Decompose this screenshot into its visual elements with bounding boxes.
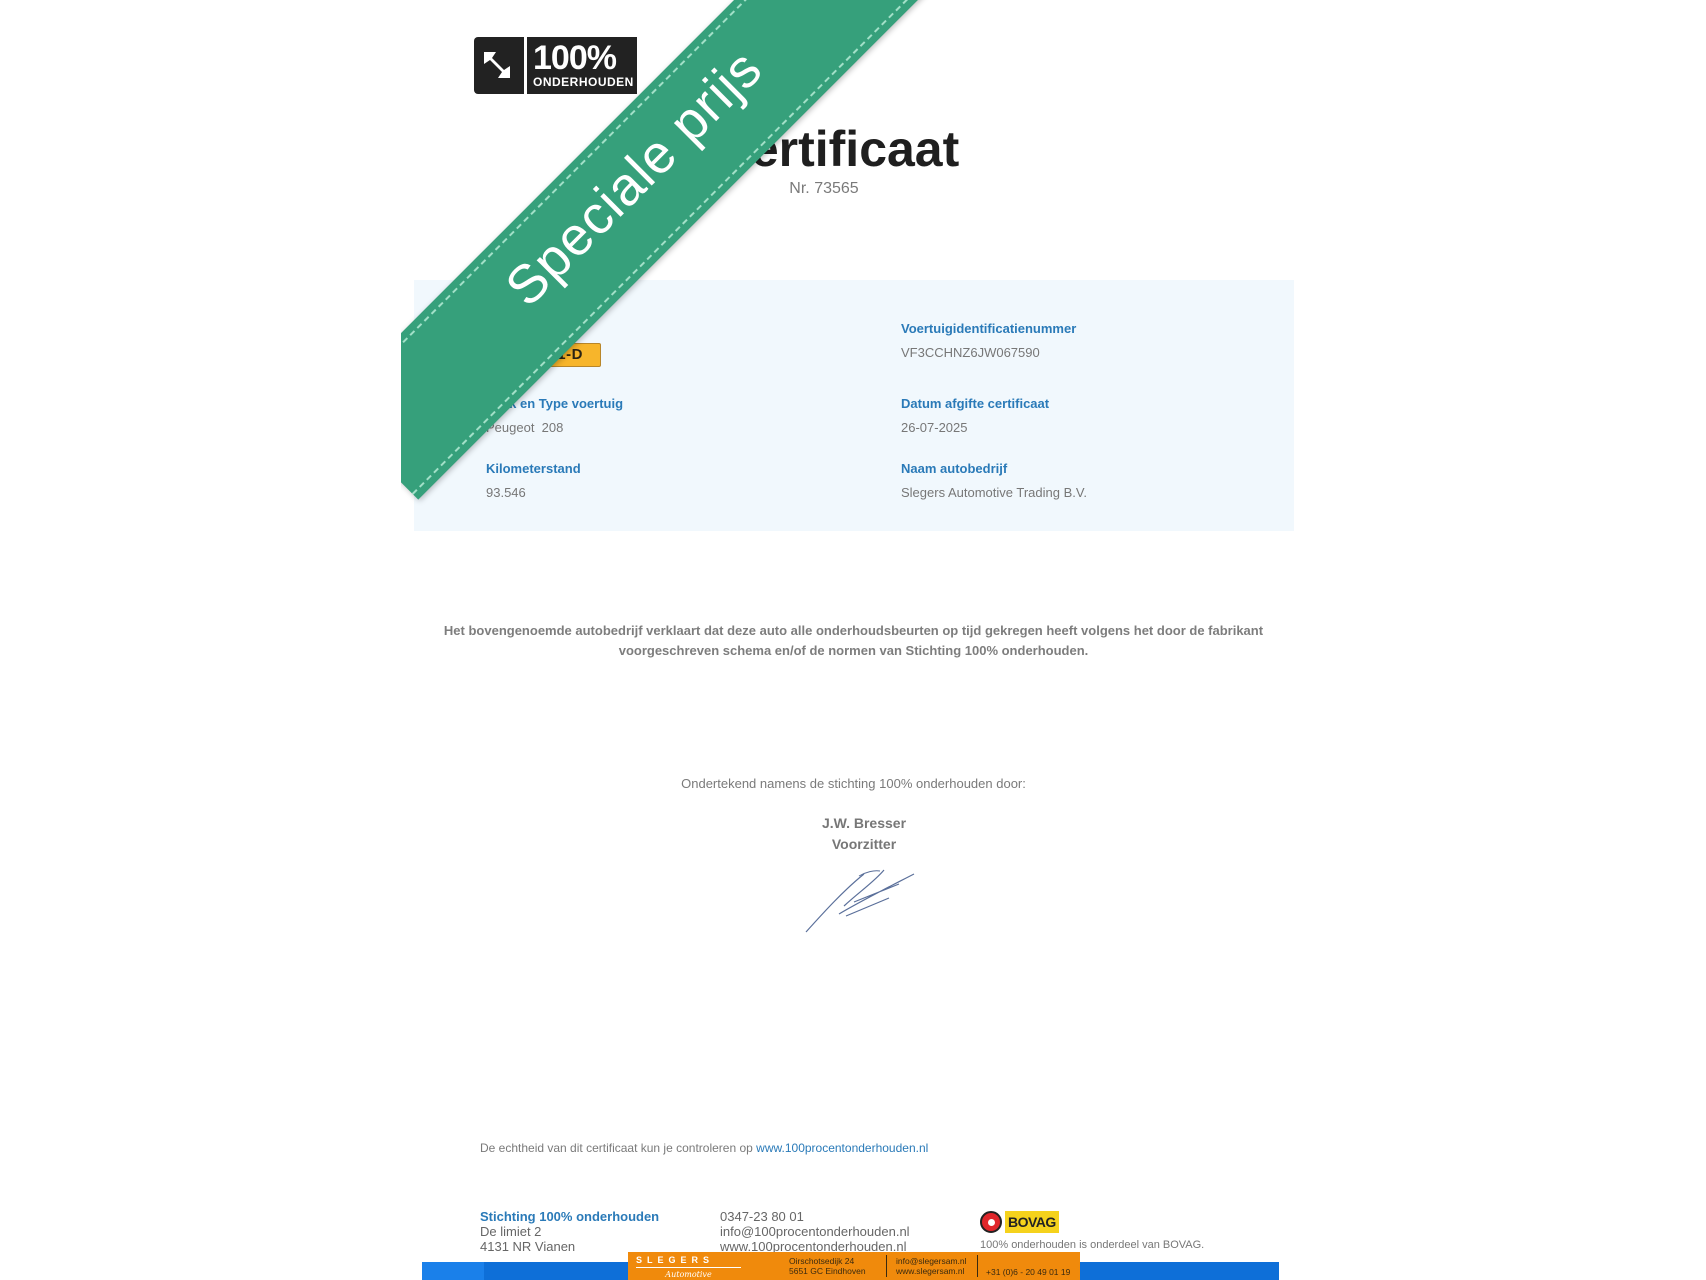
field-issue-date: Datum afgifte certificaat 26-07-2025 bbox=[901, 396, 1049, 435]
logo-text: 100% ONDERHOUDEN bbox=[527, 37, 637, 94]
org-street: De limiet 2 bbox=[480, 1224, 659, 1239]
contact-email[interactable]: info@100procentonderhouden.nl bbox=[720, 1224, 910, 1239]
bovag-word: BOVAG bbox=[1005, 1211, 1059, 1233]
field-label: Datum afgifte certificaat bbox=[901, 396, 1049, 411]
field-label: Naam autobedrijf bbox=[901, 461, 1087, 476]
bovag-block: BOVAG 100% onderhouden is onderdeel van … bbox=[980, 1209, 1204, 1251]
signer-name: J.W. Bresser bbox=[401, 815, 1306, 831]
divider bbox=[886, 1255, 887, 1277]
maintenance-statement: Het bovengenoemde autobedrijf verklaart … bbox=[401, 621, 1306, 661]
dealer-address-line1: Oirschotsedijk 24 bbox=[789, 1256, 866, 1266]
statement-text: Het bovengenoemde autobedrijf verklaart … bbox=[439, 621, 1269, 661]
dealer-banner: SLEGERS Automotive Oirschotsedijk 24 565… bbox=[628, 1252, 1080, 1280]
signed-by-intro: Ondertekend namens de stichting 100% ond… bbox=[401, 776, 1306, 791]
dealer-website[interactable]: www.slegersam.nl bbox=[896, 1266, 967, 1276]
dealer-contact: info@slegersam.nl www.slegersam.nl bbox=[896, 1256, 967, 1276]
dealer-logo: SLEGERS Automotive bbox=[636, 1255, 741, 1279]
divider bbox=[977, 1255, 978, 1277]
bovag-q-icon bbox=[980, 1211, 1002, 1233]
bovag-text: 100% onderhouden is onderdeel van BOVAG. bbox=[980, 1239, 1204, 1251]
bovag-logo: BOVAG bbox=[980, 1209, 1204, 1235]
contact-phone: 0347-23 80 01 bbox=[720, 1209, 910, 1224]
wrench-icon bbox=[474, 37, 524, 94]
dealer-address-line2: 5651 GC Eindhoven bbox=[789, 1266, 866, 1276]
field-dealer: Naam autobedrijf Slegers Automotive Trad… bbox=[901, 461, 1087, 500]
field-value: Slegers Automotive Trading B.V. bbox=[901, 485, 1087, 500]
verify-link[interactable]: www.100procentonderhouden.nl bbox=[756, 1141, 928, 1155]
logo-number: 100% bbox=[533, 39, 616, 78]
field-value: VF3CCHNZ6JW067590 bbox=[901, 345, 1076, 360]
field-label: Voertuigidentificatienummer bbox=[901, 321, 1076, 336]
field-label: Kilometerstand bbox=[486, 461, 581, 476]
dealer-phone: +31 (0)6 - 20 49 01 19 bbox=[986, 1267, 1070, 1277]
org-name: Stichting 100% onderhouden bbox=[480, 1209, 659, 1224]
foundation-address: Stichting 100% onderhouden De limiet 2 4… bbox=[480, 1209, 659, 1254]
certificate-page: 100% ONDERHOUDEN Certificaat Nr. 73565 K… bbox=[401, 0, 1306, 1280]
foundation-contact: 0347-23 80 01 info@100procentonderhouden… bbox=[720, 1209, 910, 1254]
field-mileage: Kilometerstand 93.546 bbox=[486, 461, 581, 500]
brand-logo: 100% ONDERHOUDEN bbox=[474, 37, 637, 94]
dealer-brand: SLEGERS bbox=[636, 1255, 741, 1265]
verify-note: De echtheid van dit certificaat kun je c… bbox=[480, 1141, 928, 1155]
field-value: 93.546 bbox=[486, 485, 581, 500]
signature-image bbox=[804, 862, 919, 939]
signer-role: Voorzitter bbox=[401, 836, 1306, 852]
field-value: Peugeot 208 bbox=[486, 420, 623, 435]
field-value: 26-07-2025 bbox=[901, 420, 1049, 435]
field-vin: Voertuigidentificatienummer VF3CCHNZ6JW0… bbox=[901, 321, 1076, 360]
dealer-logo-line bbox=[636, 1267, 741, 1268]
footer-blue-bar-accent bbox=[422, 1262, 484, 1280]
verify-text: De echtheid van dit certificaat kun je c… bbox=[480, 1141, 756, 1155]
dealer-email[interactable]: info@slegersam.nl bbox=[896, 1256, 967, 1266]
logo-subtitle: ONDERHOUDEN bbox=[533, 75, 634, 89]
dealer-address: Oirschotsedijk 24 5651 GC Eindhoven bbox=[789, 1256, 866, 1276]
dealer-sub: Automotive bbox=[636, 1270, 741, 1279]
